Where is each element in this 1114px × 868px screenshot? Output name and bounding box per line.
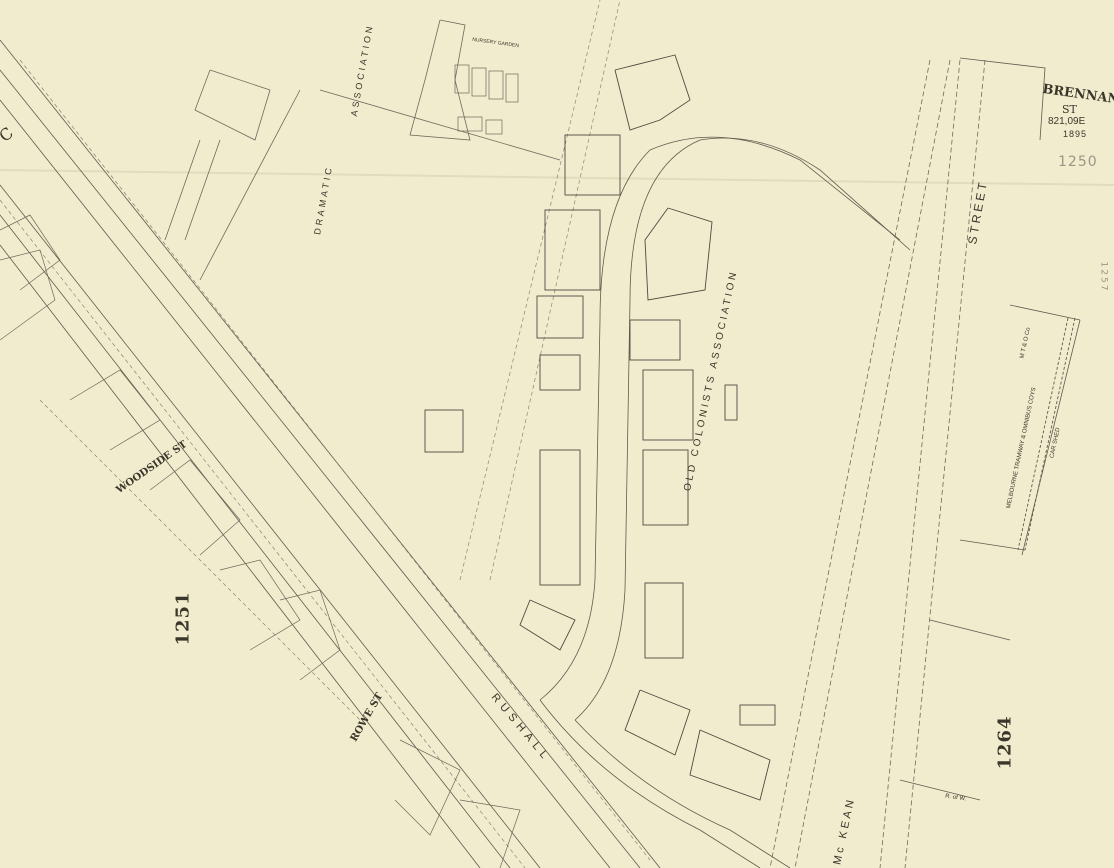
reference-number: 821,09E: [1048, 116, 1085, 127]
brennand-street-suffix: ST: [1062, 103, 1077, 116]
sheet-number-1264: 1264: [995, 715, 1016, 769]
map-linework: [0, 0, 1114, 868]
sheet-number-1251: 1251: [173, 591, 194, 645]
map-canvas[interactable]: BRENNAND ST 821,09E 1895 1250 1257 DRAMA…: [0, 0, 1114, 868]
pencil-margin-number: 1257: [1098, 262, 1108, 293]
pencil-sheet-number: 1250: [1058, 154, 1098, 170]
year-label: 1895: [1063, 129, 1087, 139]
